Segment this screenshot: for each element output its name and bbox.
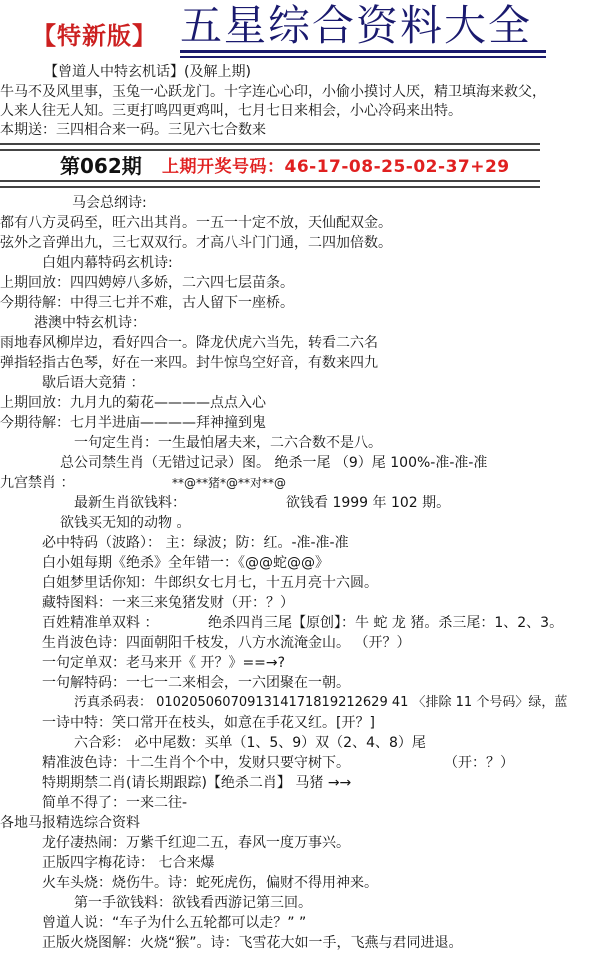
content-line: 今期待解：中得三七并不难，古人留下一座桥。: [0, 293, 294, 313]
content-line: 欲钱看 1999 年 102 期。: [286, 493, 450, 513]
content-line: 白小姐每期《绝杀》全年错一：《@@蛇@@》: [42, 553, 329, 573]
content-line: 正版四字梅花诗： 七合来爆: [42, 853, 214, 873]
content-line: 欲钱买无知的动物 。: [60, 513, 190, 533]
content-line: 白姐梦里话你知：牛郎织女七月七，十五月亮十六圆。: [42, 573, 378, 593]
content-line: 今期待解：七月半进庙————拜神撞到鬼: [0, 413, 266, 433]
content-line: 火车头烧：烧伤牛。诗：蛇死虎伤，偏财不得用神来。: [42, 873, 378, 893]
content-line: 正版火烧图解：火烧“猴”。诗：飞雪花大如一手，飞燕与君同进退。: [42, 933, 463, 953]
content-line: 上期回放：四四娉婷八多娇，二六四七层苗条。: [0, 273, 294, 293]
content-line: 龙仔凄热闹：万紫千红迎二五，春风一度万事兴。: [42, 833, 350, 853]
page-header: 【特新版】 五星综合资料大全: [0, 0, 616, 62]
double-divider: [0, 180, 540, 188]
last-draw-numbers: 46-17-08-25-02-37+29: [285, 157, 510, 177]
content-line: 总公司禁生肖（无错过记录）图。 绝杀一尾 （9）尾 100%-准-准-准: [60, 453, 487, 473]
content-line: 绝杀四肖三尾【原创】：牛 蛇 龙 猪。杀三尾：1、2、3。: [208, 613, 563, 633]
content-line: **@**猪*@**对**@: [172, 473, 286, 493]
content-line: 藏特图料：一来三来兔猪发财（开：？）: [42, 593, 294, 613]
content-line: 必中特码（波路）： 主：绿波；防：红。-准-准-准: [42, 533, 349, 553]
content-line: 生肖波色诗：四面朝阳千枝发，八方水流淹金山。 （开？）: [42, 633, 410, 653]
content-line: 一句解特码：一七一二来相会，一六团聚在一朝。: [42, 673, 350, 693]
section-heading: 歇后语大竞猜 ：: [42, 373, 144, 393]
period-row: 第062期 上期开奖号码：46-17-08-25-02-37+29: [0, 150, 616, 178]
content-line: 特期期禁二肖(请长期跟踪)【绝杀二肖】 马猪 →→: [42, 773, 351, 793]
intro-line: 人来人往无人知。三更打鸣四更鸡叫，七月七日来相会，小心冷码来出特。: [0, 101, 462, 121]
content-line: 百姓精准单双料 ：: [42, 613, 158, 633]
section-heading: 马会总纲诗:: [72, 193, 147, 213]
section-heading: 各地马报精选综合资料: [0, 813, 140, 833]
content-line: 弹指轻指古色琴，好在一来四。封牛惊鸟空好音，有数来四九: [0, 353, 378, 373]
section-heading: 白姐内幕特码玄机诗:: [42, 253, 173, 273]
page-title: 五星综合资料大全: [180, 2, 532, 50]
content-line: 雨地春风柳岸边，看好四合一。降龙伏虎六当先，转看二六名: [0, 333, 378, 353]
content-line: 一诗中特：笑口常开在枝头，如意在手花又红。[开？]: [42, 713, 375, 733]
last-draw-results: 上期开奖号码：46-17-08-25-02-37+29: [162, 152, 510, 177]
content-line: 曾道人说：“车子为什么五轮都可以走？” ”: [42, 913, 306, 933]
content-line: 第一手欲钱料：欲钱看西游记第三回。: [74, 893, 312, 913]
content-line: （开：？）: [444, 753, 514, 773]
intro-heading: 【曾道人中特玄机话】(及解上期): [44, 62, 251, 82]
content-line: 六合彩： 必中尾数：买单（1、5、9）双（2、4、8）尾: [74, 733, 426, 753]
content-line: 简单不得了：一来二往-: [42, 793, 187, 813]
content-line: 上期回放：九月九的菊花————点点入心: [0, 393, 266, 413]
content-line: 一句定单双：老马来开《 开？》==→?: [42, 653, 285, 673]
content-line: 精准波色诗：十二生肖个个中，发财只要守树下。: [42, 753, 350, 773]
content-line: 九宫禁肖 ：: [0, 473, 74, 493]
intro-line: 牛马不及风里事，玉兔一心跃龙门。十字连心心印，小偷小摸讨人厌，精卫填海来救父，: [0, 82, 546, 102]
content-line: 一句定生肖：一生最怕屠夫来，二六合数不是八。: [74, 433, 382, 453]
content-line: 弦外之音弹出九，三七双双行。才高八斗门门通，二四加倍数。: [0, 233, 392, 253]
period-number: 第062期: [60, 150, 142, 179]
section-heading: 港澳中特玄机诗：: [34, 313, 146, 333]
intro-line: 本期送：三四相合来一码。三见六七合数来: [0, 120, 266, 140]
title-underline: [180, 50, 546, 53]
title-underline: [180, 56, 546, 58]
content-line: 汚真杀码表： 0102050607091314171819212629 41 〈…: [74, 693, 567, 713]
last-draw-label: 上期开奖号码：: [162, 157, 285, 177]
edition-badge: 【特新版】: [32, 16, 157, 51]
content-line: 都有八方灵码至，旺六出其肖。一五一十定不放，天仙配双金。: [0, 213, 392, 233]
content-line: 最新生肖欲钱料：: [74, 493, 186, 513]
